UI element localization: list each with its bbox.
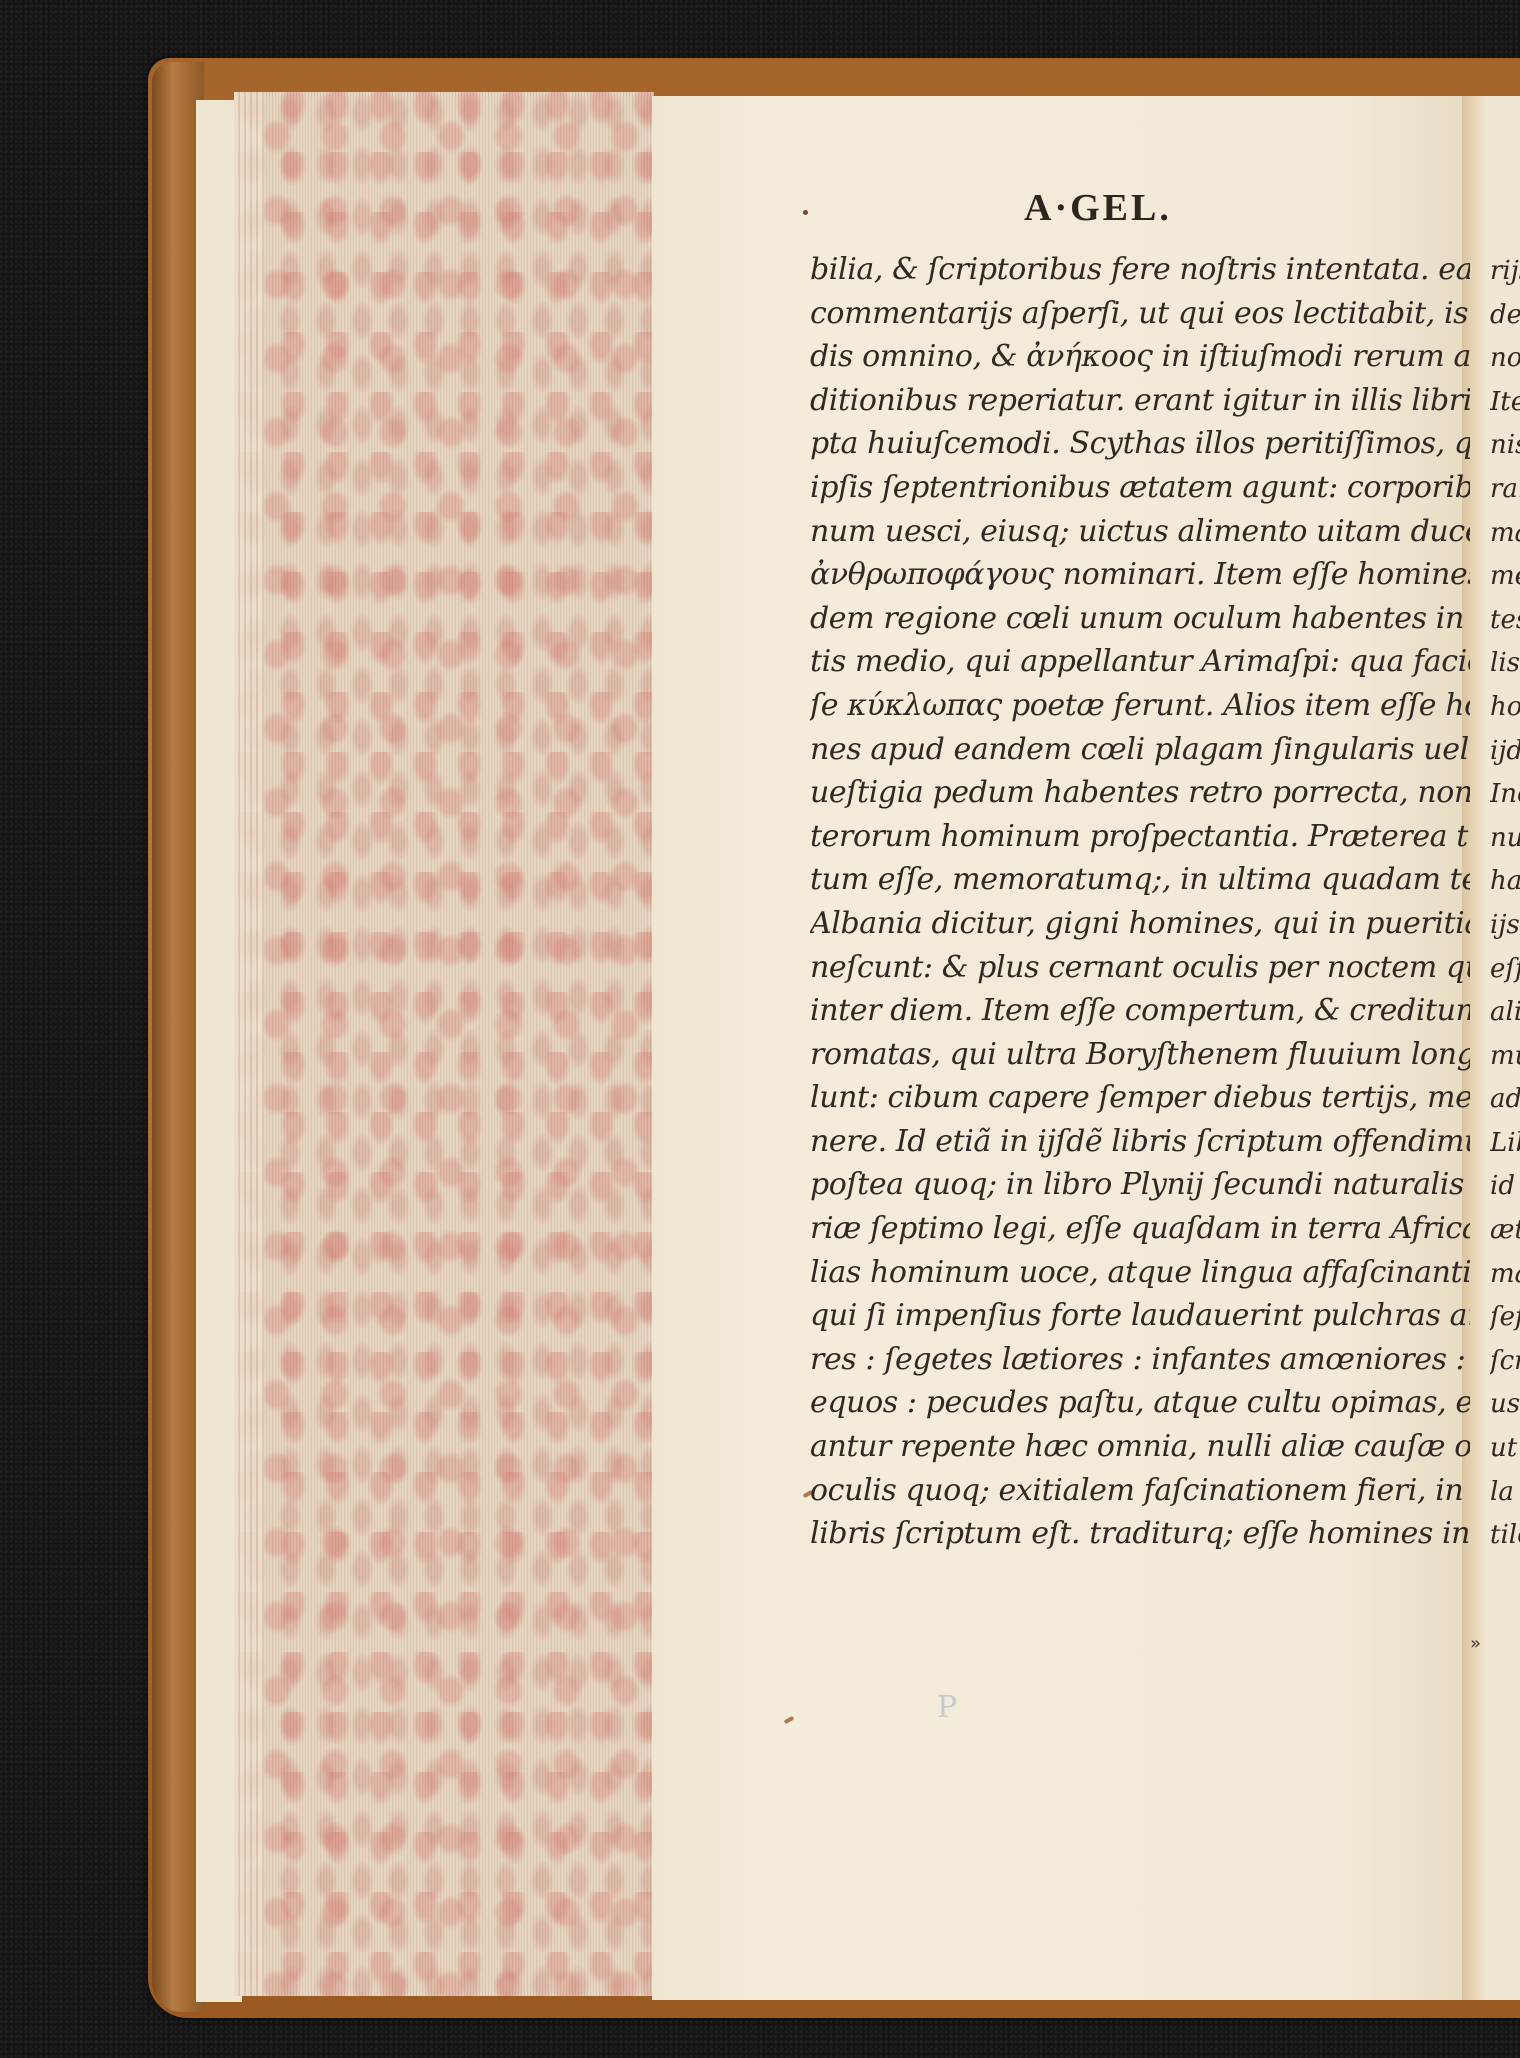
text-line: Albania dicitur, gigni homines, qui in p… <box>810 902 1470 946</box>
running-headline: A·GEL. <box>1024 186 1172 230</box>
text-line: nere. Id etiã in ijſdẽ libris ſcriptum o… <box>810 1120 1470 1164</box>
facing-line: ut r <box>1490 1427 1520 1471</box>
facing-line: mer <box>1490 555 1520 599</box>
text-line: ſe κύκλωπας poetæ ferunt. Alios item eſſ… <box>810 684 1470 728</box>
facing-line: us ſ <box>1490 1383 1520 1427</box>
text-line: oculis quoq; exitialem faſcinationem fie… <box>810 1469 1470 1513</box>
text-line: inter diem. Item eſſe compertum, & credi… <box>810 989 1470 1033</box>
text-line: tum eſſe, memoratumq;, in ultima quadam … <box>810 858 1470 902</box>
text-line: ipſis ſeptentrionibus ætatem agunt: corp… <box>810 466 1470 510</box>
facing-line: ætat <box>1490 1209 1520 1253</box>
text-line: num uesci, eiusq; uictus alimento uitam … <box>810 510 1470 554</box>
marginal-dot <box>803 210 808 215</box>
facing-line: nis <box>1490 424 1520 468</box>
text-line: commentarijs aſperſi, ut qui eos lectita… <box>810 292 1470 336</box>
facing-line: nul <box>1490 817 1520 861</box>
facing-line: rijs <box>1490 250 1520 294</box>
facing-line: lis <box>1490 642 1520 686</box>
text-line: qui ſi impenſius forte laudauerint pulch… <box>810 1294 1470 1338</box>
facing-line: ijs <box>1490 904 1520 948</box>
facing-line: Inc <box>1490 773 1520 817</box>
text-line: bilia, & ſcriptoribus fere noſtris inten… <box>810 248 1470 292</box>
text-line: poſtea quoq; in libro Plynij ſecundi nat… <box>810 1163 1470 1207</box>
page-stack-edges <box>234 92 264 1996</box>
text-line: dis omnino, & ἀνήκοος in iſtiuſmodi reru… <box>810 335 1470 379</box>
facing-line: tiler <box>1490 1514 1520 1558</box>
text-line: equos : pecudes paſtu, atque cultu opima… <box>810 1381 1470 1425</box>
text-line: tis medio, qui appellantur Arimaſpi: qua… <box>810 640 1470 684</box>
text-line: lunt: cibum capere ſemper diebus tertijs… <box>810 1076 1470 1120</box>
facing-line: ad c <box>1490 1078 1520 1122</box>
facing-line: ſcri <box>1490 1340 1520 1384</box>
speckled-fore-edge <box>234 92 654 1996</box>
text-line: romatas, qui ultra Boryſthenem fluuium l… <box>810 1033 1470 1077</box>
text-line: lias hominum uoce, atque lingua affaſcin… <box>810 1251 1470 1295</box>
text-line: ἀνθρωποφάγους nominari. Item eſſe homine… <box>810 553 1470 597</box>
catchword-mark: » <box>1470 1633 1481 1654</box>
text-line: riæ ſeptimo legi, eſſe quaſdam in terra … <box>810 1207 1470 1251</box>
facing-line: mas <box>1490 512 1520 556</box>
text-line: nes apud eandem cœli plagam ſingularis u… <box>810 728 1470 772</box>
facing-line: ſeſe <box>1490 1296 1520 1340</box>
page-text-block: bilia, & ſcriptoribus fere noſtris inten… <box>810 248 1470 1556</box>
facing-line: la <box>1490 1471 1520 1515</box>
facing-line: alia <box>1490 991 1520 1035</box>
facing-line: noc <box>1490 337 1520 381</box>
facing-line: der <box>1490 294 1520 338</box>
text-line: libris ſcriptum eſt. traditurq; eſſe hom… <box>810 1512 1470 1556</box>
text-line: antur repente hæc omnia, nulli aliæ cauſ… <box>810 1425 1470 1469</box>
facing-line: rar <box>1490 468 1520 512</box>
facing-line: mus <box>1490 1035 1520 1079</box>
facing-line: eſſe <box>1490 948 1520 992</box>
text-line: terorum hominum proſpectantia. Præterea … <box>810 815 1470 859</box>
facing-line: tes <box>1490 599 1520 643</box>
facing-line: mag <box>1490 1253 1520 1297</box>
facing-line: hoc <box>1490 686 1520 730</box>
text-line: res : ſegetes lætiores : infantes amœnio… <box>810 1338 1470 1382</box>
show-through-signature: P <box>937 1690 957 1725</box>
text-line: dem regione cœli unum oculum habentes in… <box>810 597 1470 641</box>
facing-line: ijde <box>1490 730 1520 774</box>
facing-line: Iter <box>1490 381 1520 425</box>
facing-line: hau <box>1490 860 1520 904</box>
facing-line: id e <box>1490 1165 1520 1209</box>
text-line: neſcunt: & plus cernant oculis per nocte… <box>810 946 1470 990</box>
text-line: ueſtigia pedum habentes retro porrecta, … <box>810 771 1470 815</box>
text-line: pta huiuſcemodi. Scythas illos peritiſſi… <box>810 422 1470 466</box>
facing-page-text: rijs der noc Iter nis rar mas mer tes li… <box>1490 250 1520 1558</box>
text-line: ditionibus reperiatur. erant igitur in i… <box>810 379 1470 423</box>
facing-line: Lib <box>1490 1122 1520 1166</box>
